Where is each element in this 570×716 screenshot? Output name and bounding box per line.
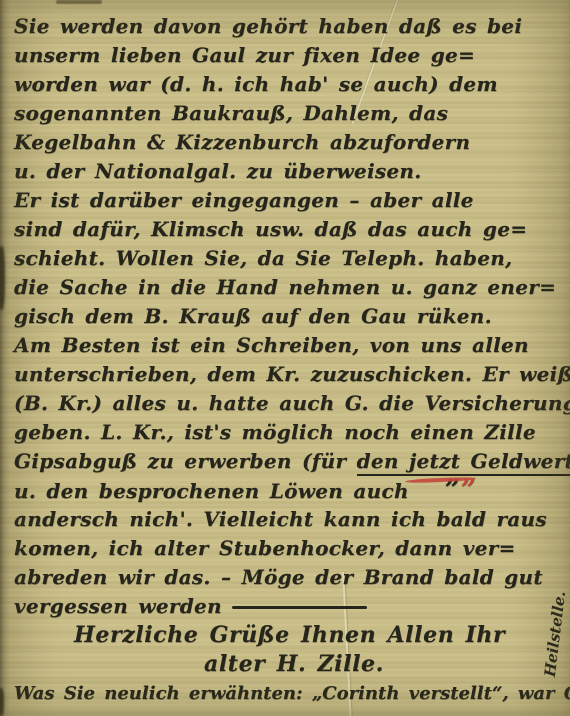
signature-line: alter H. Zille. xyxy=(14,650,570,679)
handwriting-segment: unserm lieben Gaul zur fixen Idee ge= xyxy=(14,43,475,67)
handwriting-segment: sind dafür, Klimsch usw. daß das auch ge… xyxy=(14,217,527,241)
handwriting-segment: schieht. Wollen Sie, da Sie Teleph. habe… xyxy=(14,246,512,270)
letter-line-8: sind dafür, Klimsch usw. daß das auch ge… xyxy=(14,215,570,244)
handwriting-segment: u. der Nationalgal. zu überweisen. xyxy=(14,159,422,183)
letter-line-6: u. der Nationalgal. zu überweisen. xyxy=(14,157,570,186)
edge-smudge xyxy=(0,688,4,716)
letter-line-12: Am Besten ist ein Schreiben, von uns all… xyxy=(14,331,570,360)
handwriting-segment: andersch nich'. Vielleicht kann ich bald… xyxy=(14,507,547,531)
left-edge-shadow xyxy=(0,0,10,716)
letter-page: Sie werden davon gehört haben daß es bei… xyxy=(0,0,570,716)
letter-line-14: (B. Kr.) alles u. hatte auch G. die Vers… xyxy=(14,389,570,418)
letter-line-5: Kegelbahn & Kizzenburch abzufordern xyxy=(14,128,570,157)
handwriting-segment: Gipsabguß zu erwerben (für xyxy=(14,449,357,473)
edge-smudge xyxy=(0,246,5,310)
letter-line-2: unserm lieben Gaul zur fixen Idee ge= xyxy=(14,41,570,70)
handwriting-segment: (B. Kr.) alles u. hatte auch G. die Vers… xyxy=(14,391,570,415)
handwriting-segment: abreden wir das. – Möge der Brand bald g… xyxy=(14,565,543,589)
letter-line-9: schieht. Wollen Sie, da Sie Teleph. habe… xyxy=(14,244,570,273)
handwriting-segment: jetzt xyxy=(409,449,460,476)
handwriting-segment: Am Besten ist ein Schreiben, von uns all… xyxy=(14,333,529,357)
letter-line-19: komen, ich alter Stubenhocker, dann ver= xyxy=(14,534,570,563)
handwriting-segment: unterschrieben, dem Kr. zuzuschicken. Er… xyxy=(14,362,570,386)
handwriting-segment: Herzliche Grüße Ihnen Allen Ihr xyxy=(74,622,505,648)
handwriting-segment: worden war (d. h. ich hab' se auch) dem xyxy=(14,72,498,96)
handwriting-segment: gisch dem B. Krauß auf den Gau rüken. xyxy=(14,304,492,328)
handwriting-segment: vergessen werden xyxy=(14,594,222,618)
handwriting-segment: den xyxy=(357,449,409,476)
letter-line-13: unterschrieben, dem Kr. zuzuschicken. Er… xyxy=(14,360,570,389)
handwriting-segment: komen, ich alter Stubenhocker, dann ver= xyxy=(14,536,516,560)
letter-line-10: die Sache in die Hand nehmen u. ganz ene… xyxy=(14,273,570,302)
letter-body: Sie werden davon gehört haben daß es bei… xyxy=(14,12,570,708)
handwriting-segment: Geldwert) xyxy=(460,449,570,476)
letter-line-16: Gipsabguß zu erwerben (für den jetzt Gel… xyxy=(14,447,570,476)
handwriting-segment: Sie werden davon gehört haben daß es bei xyxy=(14,14,522,38)
letterhead-remnant xyxy=(56,0,102,4)
letter-line-3: worden war (d. h. ich hab' se auch) dem xyxy=(14,70,570,99)
handwriting-segment: Kegelbahn & Kizzenburch abzufordern xyxy=(14,130,470,154)
letter-line-21: vergessen werden xyxy=(14,592,570,621)
handwriting-segment: Was Sie neulich erwähnten: „Corinth vers… xyxy=(14,683,570,704)
handwriting-segment: sogenannten Baukrauß, Dahlem, das xyxy=(14,101,448,125)
letter-line-7: Er ist darüber eingegangen – aber alle xyxy=(14,186,570,215)
letter-line-18: andersch nich'. Vielleicht kann ich bald… xyxy=(14,505,570,534)
ink-dash xyxy=(232,606,367,610)
letter-line-4: sogenannten Baukrauß, Dahlem, das xyxy=(14,99,570,128)
letter-line-20: abreden wir das. – Möge der Brand bald g… xyxy=(14,563,570,592)
handwriting-segment: u. den besprochenen Löwen auch xyxy=(14,479,409,503)
letter-line-15: geben. L. Kr., ist's möglich noch einen … xyxy=(14,418,570,447)
postscript-line: Was Sie neulich erwähnten: „Corinth vers… xyxy=(14,679,570,708)
handwriting-segment: alter H. Zille. xyxy=(204,651,384,677)
handwriting-segment: geben. L. Kr., ist's möglich noch einen … xyxy=(14,420,536,444)
letter-line-11: gisch dem B. Krauß auf den Gau rüken. xyxy=(14,302,570,331)
letter-line-17: u. den besprochenen Löwen auch”” xyxy=(14,476,570,505)
letter-line-1: Sie werden davon gehört haben daß es bei xyxy=(14,12,570,41)
handwriting-segment: Er ist darüber eingegangen – aber alle xyxy=(14,188,474,212)
handwriting-segment: die Sache in die Hand nehmen u. ganz ene… xyxy=(14,275,556,299)
closing-line: Herzliche Grüße Ihnen Allen Ihr xyxy=(14,621,570,650)
